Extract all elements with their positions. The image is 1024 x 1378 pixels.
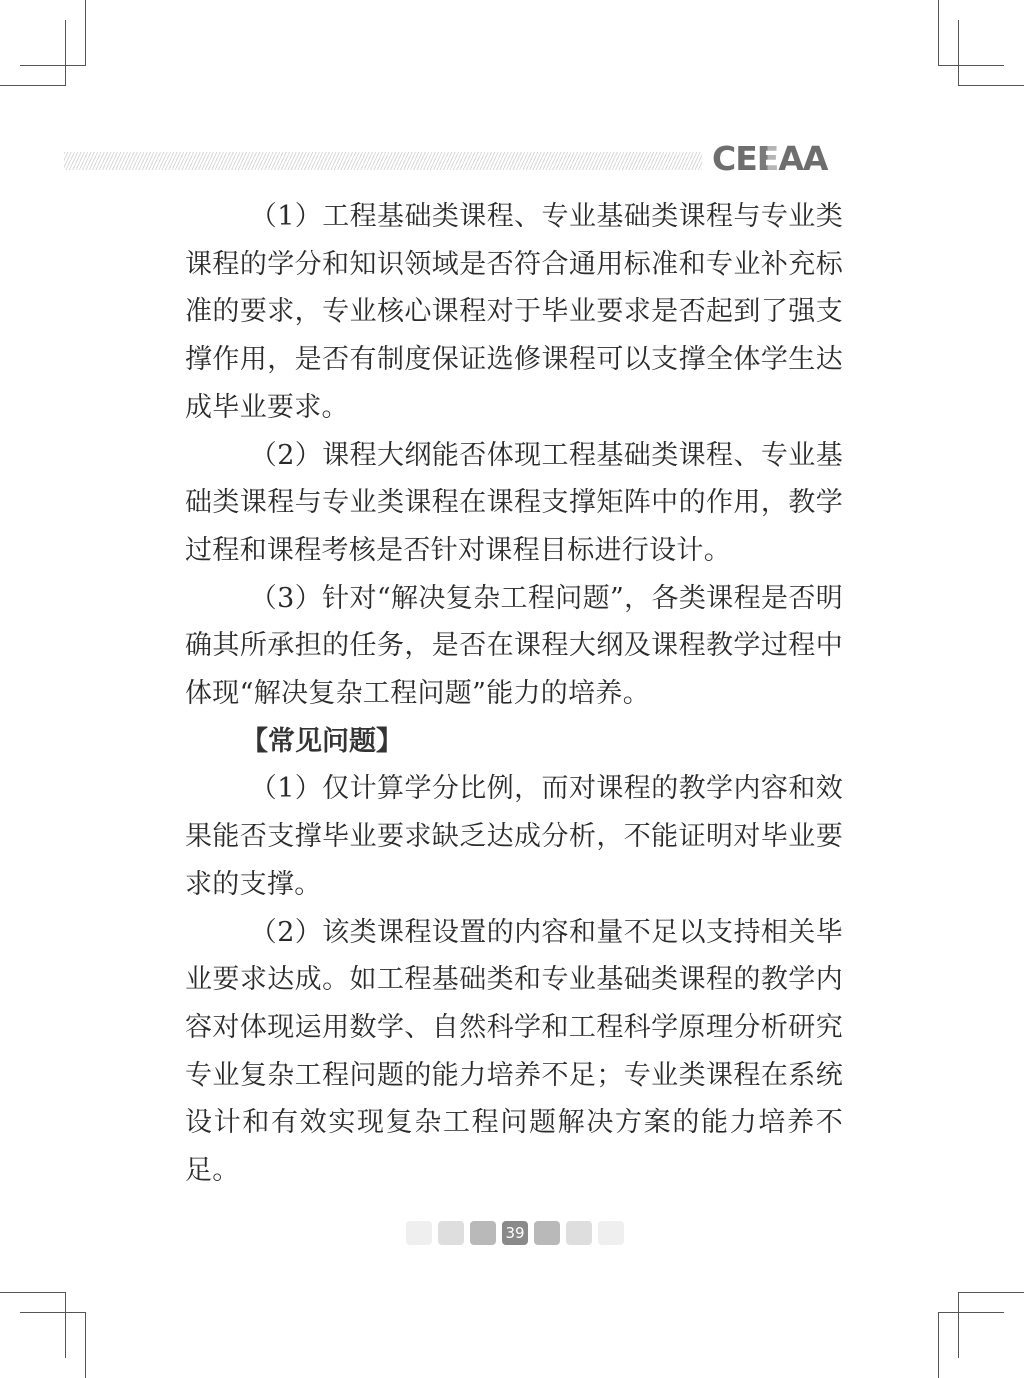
paragraph-issue-2: （2）该类课程设置的内容和量不足以支持相关毕业要求达成。如工程基础类和专业基础类…	[185, 909, 843, 1195]
crop-mark	[0, 85, 66, 86]
crop-mark	[938, 0, 939, 66]
document-body: （1）工程基础类课程、专业基础类课程与专业类课程的学分和知识领域是否符合通用标准…	[185, 193, 843, 1195]
crop-mark	[938, 1312, 939, 1378]
crop-mark	[85, 1312, 86, 1378]
ceeaa-logo: CEEAA	[712, 142, 827, 176]
logo-text-left: CE	[712, 142, 757, 176]
header-hatch-band	[64, 152, 702, 170]
page-number: 39	[502, 1221, 528, 1245]
page-deco-block	[438, 1221, 464, 1245]
crop-mark	[20, 65, 86, 66]
crop-mark	[958, 85, 1024, 86]
paragraph-issue-1: （1）仅计算学分比例，而对课程的教学内容和效果能否支撑毕业要求缺乏达成分析，不能…	[185, 765, 843, 908]
crop-mark	[85, 0, 86, 66]
crop-mark	[958, 1292, 1024, 1293]
page-deco-block	[566, 1221, 592, 1245]
paragraph-check-3: （3）针对“解决复杂工程问题”，各类课程是否明确其所承担的任务，是否在课程大纲及…	[185, 575, 843, 718]
crop-mark	[958, 20, 959, 86]
crop-mark	[938, 65, 1004, 66]
crop-mark	[938, 1312, 1004, 1313]
paragraph-check-2: （2）课程大纲能否体现工程基础类课程、专业基础类课程与专业类课程在课程支撑矩阵中…	[185, 432, 843, 575]
page-deco-block	[534, 1221, 560, 1245]
crop-mark	[65, 1292, 66, 1358]
section-heading-common-issues: 【常见问题】	[185, 718, 843, 766]
crop-mark	[0, 1292, 66, 1293]
page-deco-block	[470, 1221, 496, 1245]
paragraph-check-1: （1）工程基础类课程、专业基础类课程与专业类课程的学分和知识领域是否符合通用标准…	[185, 193, 843, 432]
logo-text-right: AA	[778, 142, 827, 176]
crop-mark	[958, 1292, 959, 1358]
logo-text-mid: E	[757, 142, 779, 176]
crop-mark	[65, 20, 66, 86]
page-deco-block	[598, 1221, 624, 1245]
crop-mark	[20, 1312, 86, 1313]
page-number-bar: 39	[406, 1221, 624, 1245]
page-deco-block	[406, 1221, 432, 1245]
